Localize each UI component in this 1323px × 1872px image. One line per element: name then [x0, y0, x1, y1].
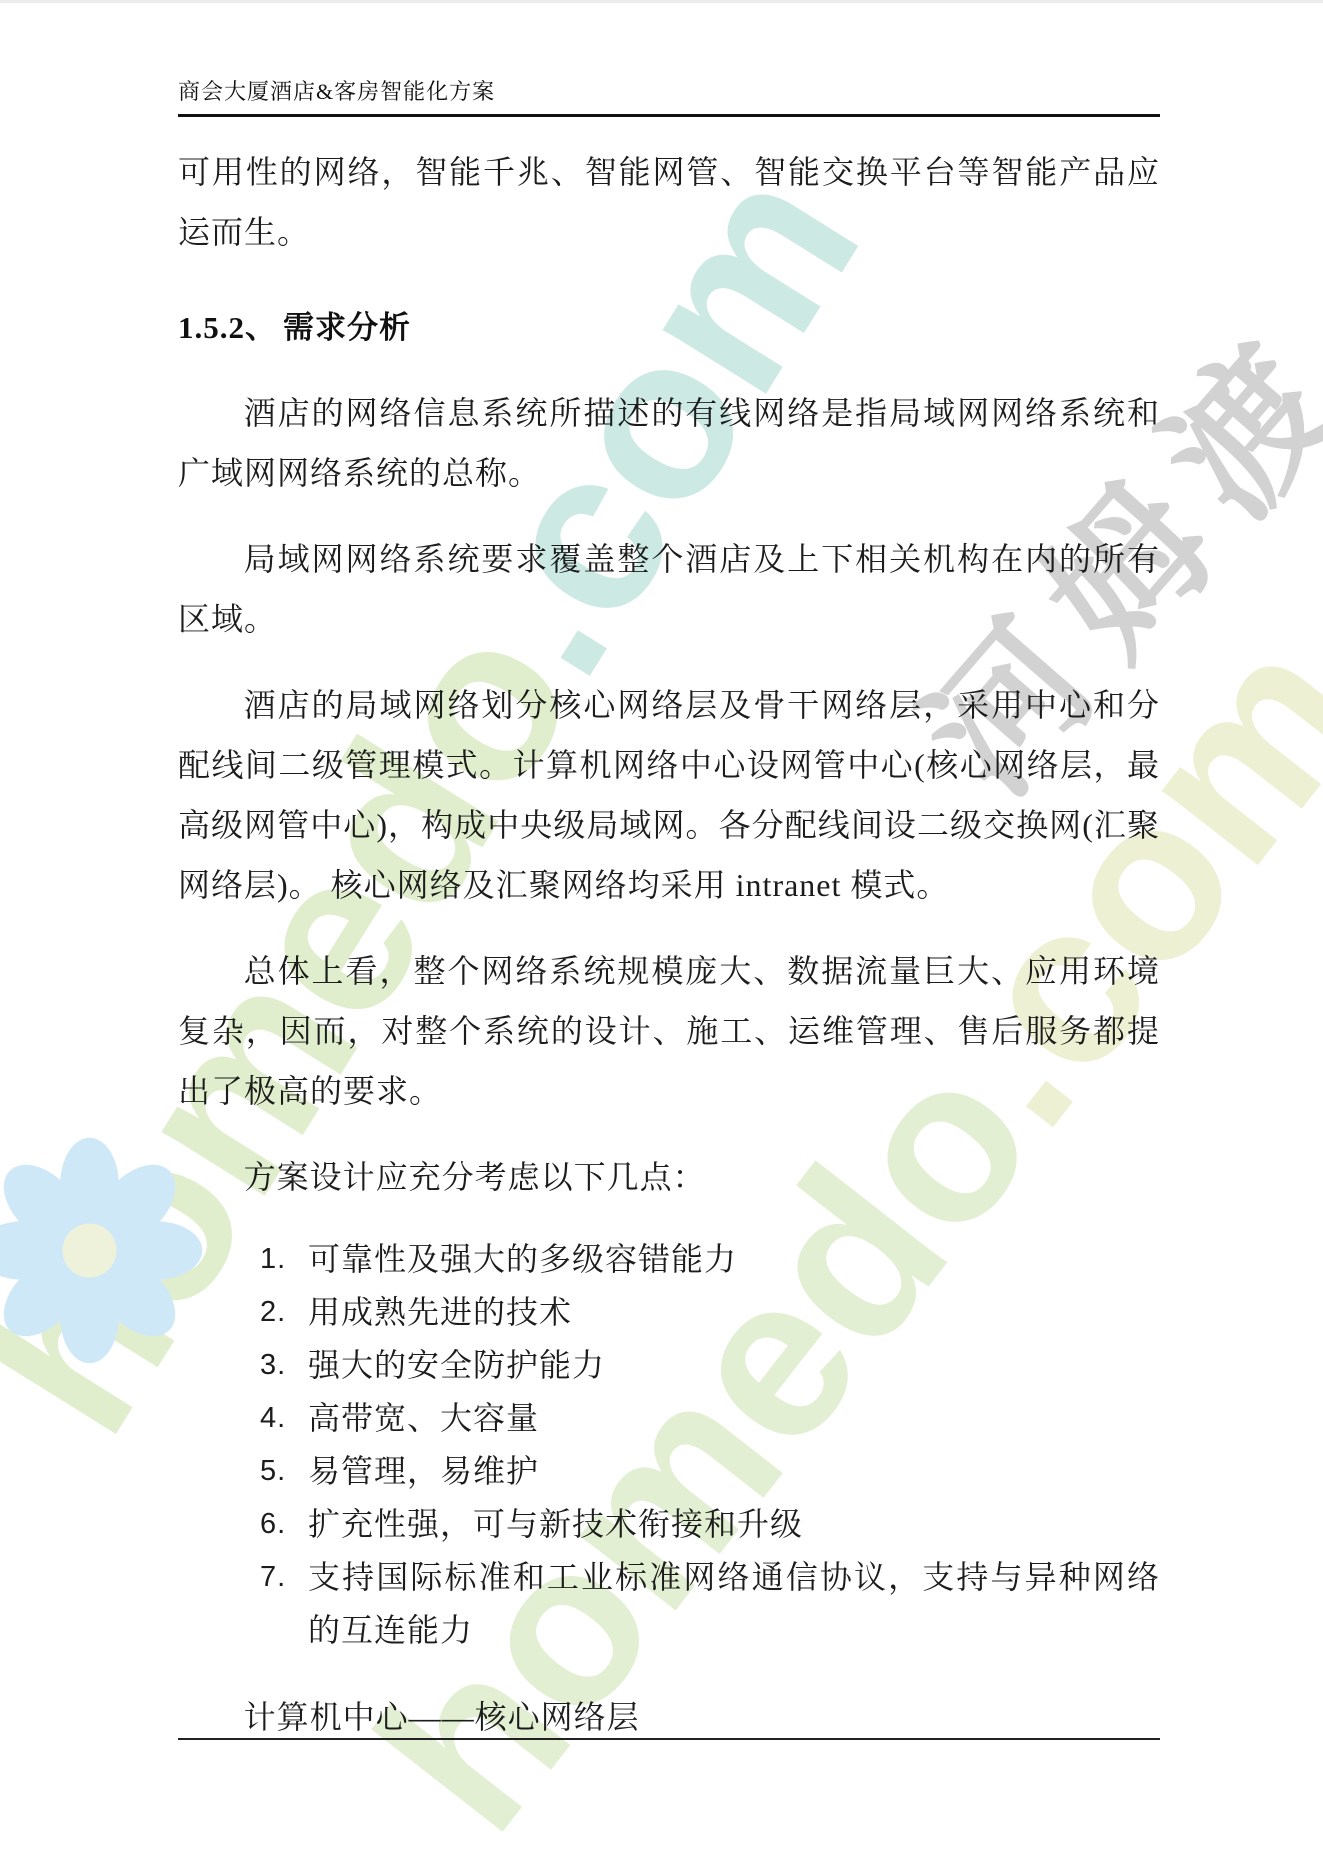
list-item-number: 2. [260, 1286, 308, 1339]
paragraph-lan-wan: 酒店的网络信息系统所描述的有线网络是指局域网网络系统和广域网网络系统的总称。 [178, 383, 1160, 503]
list-item: 2.用成熟先进的技术 [260, 1286, 1160, 1339]
list-item-number: 1. [260, 1233, 308, 1286]
paragraph-design-points: 方案设计应充分考虑以下几点： [178, 1147, 1160, 1207]
list-item-number: 4. [260, 1392, 308, 1445]
list-item-number: 7. [260, 1551, 308, 1657]
list-item-text: 用成熟先进的技术 [308, 1286, 1160, 1339]
list-item-number: 3. [260, 1339, 308, 1392]
header-rule [178, 114, 1160, 117]
list-item: 5.易管理，易维护 [260, 1445, 1160, 1498]
list-item-text: 可靠性及强大的多级容错能力 [308, 1233, 1160, 1286]
header-title: 商会大厦酒店&客房智能化方案 [178, 79, 1160, 105]
paragraph-architecture: 酒店的局域网络划分核心网络层及骨干网络层，采用中心和分配线间二级管理模式。计算机… [178, 675, 1160, 915]
list-item-number: 5. [260, 1445, 308, 1498]
document-content: 商会大厦酒店&客房智能化方案 可用性的网络，智能千兆、智能网管、智能交换平台等智… [0, 3, 1323, 1747]
list-item: 7.支持国际标准和工业标准网络通信协议，支持与异种网络的互连能力 [260, 1551, 1160, 1657]
section-heading: 1.5.2、需求分析 [178, 302, 1160, 347]
list-item-text: 易管理，易维护 [308, 1445, 1160, 1498]
section-title: 需求分析 [283, 310, 411, 345]
paragraph-coverage: 局域网网络系统要求覆盖整个酒店及上下相关机构在内的所有区域。 [178, 529, 1160, 649]
list-item-text: 强大的安全防护能力 [308, 1339, 1160, 1392]
list-item-text: 扩充性强，可与新技术衔接和升级 [308, 1498, 1160, 1551]
requirements-list: 1.可靠性及强大的多级容错能力 2.用成熟先进的技术 3.强大的安全防护能力 4… [178, 1233, 1160, 1657]
page-header: 商会大厦酒店&客房智能化方案 [178, 79, 1160, 117]
list-item: 1.可靠性及强大的多级容错能力 [260, 1233, 1160, 1286]
paragraph-intro: 可用性的网络，智能千兆、智能网管、智能交换平台等智能产品应运而生。 [178, 142, 1160, 262]
document-page: homedo.com homedo.com 河姆渡 商会大厦酒店&客房智能化方案… [0, 0, 1323, 1872]
list-item-number: 6. [260, 1498, 308, 1551]
footer-rule [178, 1738, 1160, 1740]
section-number: 1.5.2、 [178, 310, 277, 345]
list-item: 6.扩充性强，可与新技术衔接和升级 [260, 1498, 1160, 1551]
paragraph-scale: 总体上看，整个网络系统规模庞大、数据流量巨大、应用环境复杂，因而，对整个系统的设… [178, 941, 1160, 1121]
list-item-text: 高带宽、大容量 [308, 1392, 1160, 1445]
list-item-text: 支持国际标准和工业标准网络通信协议，支持与异种网络的互连能力 [308, 1551, 1160, 1657]
list-item: 4.高带宽、大容量 [260, 1392, 1160, 1445]
list-item: 3.强大的安全防护能力 [260, 1339, 1160, 1392]
